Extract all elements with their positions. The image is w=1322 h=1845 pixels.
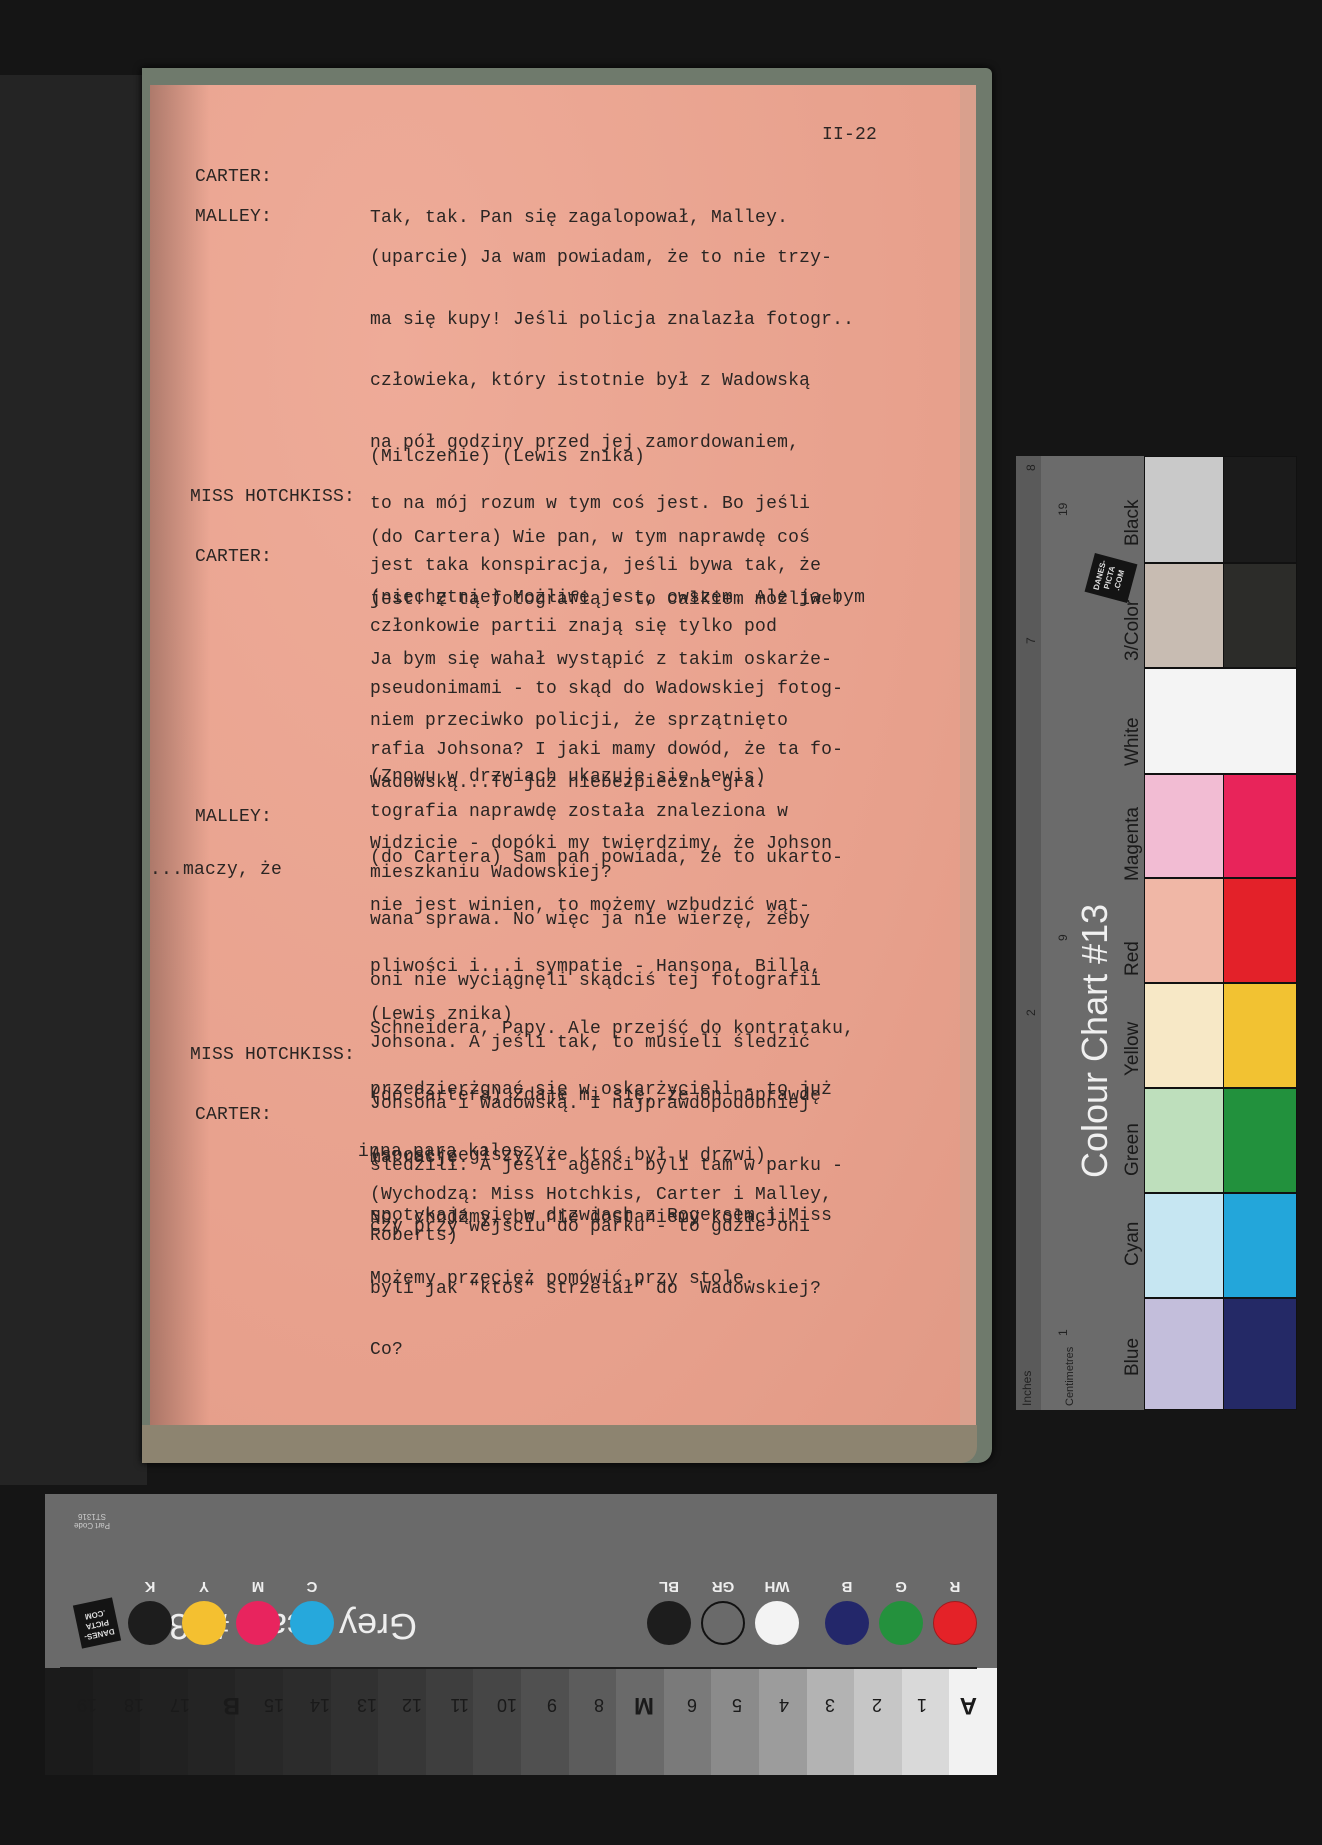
patch-magenta-light <box>1144 774 1224 878</box>
colour-chart-ruler: Inches Centimetres 2 7 8 1 9 19 DANES-PI… <box>1016 456 1144 1410</box>
part-code: Part Code ST1316 <box>67 1512 117 1530</box>
dot-b <box>825 1601 869 1645</box>
patch-label: 4 <box>779 1694 789 1715</box>
danes-picta-logo: DANES-PICTA .COM <box>73 1597 121 1648</box>
dialogue-line: wana sprawa. No więc ja nie wierzę, żeby <box>370 910 843 931</box>
patch-cyan-light <box>1144 1193 1224 1298</box>
dialogue-line: oni nie wyciągnęli skądciś tej fotografi… <box>370 971 843 992</box>
dialogue-line: Co? <box>370 1340 843 1361</box>
dot-label: Y <box>182 1578 226 1595</box>
row-label-cyan: Cyan <box>1122 1222 1144 1266</box>
patch-label: A <box>960 1691 977 1719</box>
inch-ruler-strip <box>1016 456 1041 1410</box>
dot-c <box>290 1601 334 1645</box>
patch-label: 8 <box>594 1694 604 1715</box>
row-label-blue: Blue <box>1122 1338 1144 1376</box>
patch-yellow-light <box>1144 983 1224 1088</box>
patch-cyan-dark <box>1223 1193 1297 1298</box>
patch-label: 15 <box>264 1694 284 1715</box>
patch-label: 5 <box>732 1694 742 1715</box>
row-label-white: White <box>1122 717 1144 766</box>
patch-label: 18 <box>124 1694 144 1715</box>
grey-scale-divider <box>60 1667 977 1669</box>
inch-tick: 2 <box>1024 1009 1038 1016</box>
patch-green-light <box>1144 1088 1224 1193</box>
stage-direction: (Lewis znika) <box>370 1005 513 1026</box>
row-label-green: Green <box>1122 1123 1144 1176</box>
dot-bl <box>647 1601 691 1645</box>
row-label-black: Black <box>1122 500 1144 546</box>
patch-green-dark <box>1223 1088 1297 1193</box>
dialogue-line: Ja bym się wahał wystąpić z takim oskarż… <box>370 650 865 671</box>
row-label-3color: 3/Color <box>1122 600 1144 661</box>
dialogue-line: ma się kupy! Jeśli policja znalazła foto… <box>370 310 854 331</box>
patch-label: 19 <box>77 1694 97 1715</box>
patch-blue-dark <box>1223 1298 1297 1410</box>
inch-tick: 8 <box>1024 464 1038 471</box>
inch-tick: 7 <box>1024 637 1038 644</box>
centimetres-label: Centimetres <box>1064 1347 1076 1406</box>
dot-k <box>128 1601 172 1645</box>
page-gutter-shadow <box>150 85 210 1425</box>
row-label-magenta: Magenta <box>1122 807 1144 881</box>
speaker-label: MALLEY: <box>195 807 272 828</box>
book-cover-left <box>0 75 147 1485</box>
patch-label: 10 <box>497 1694 517 1715</box>
dialogue-line: (spostrzegłszy, że ktoś był u drzwi) <box>370 1146 799 1167</box>
stage-direction: (Wychodzą: Miss Hotchkis, Carter i Malle… <box>370 1185 832 1247</box>
speaker-label: MALLEY: <box>195 207 272 228</box>
dot-m <box>236 1601 280 1645</box>
patch-red-dark <box>1223 878 1297 983</box>
cm-tick: 19 <box>1056 503 1070 516</box>
dialogue-line: (do Cartera) Zdaje mi się, że on naprawd… <box>370 1086 821 1107</box>
patch-blue-light <box>1144 1298 1224 1410</box>
patch-label: B <box>223 1691 240 1719</box>
dot-label: K <box>128 1578 172 1595</box>
speaker-label: MISS HOTCHKISS: <box>190 1045 355 1066</box>
speaker-label: CARTER: <box>195 547 272 568</box>
cm-tick: 9 <box>1056 934 1070 941</box>
speaker-label: CARTER: <box>195 1105 272 1126</box>
dot-label: G <box>879 1578 923 1595</box>
dot-g <box>879 1601 923 1645</box>
stage-direction: (Milczenie) (Lewis znika) <box>370 447 645 468</box>
dialogue-line: (niechętnie) Możliwe jest, owszem. Ale j… <box>370 588 865 609</box>
dot-label: R <box>933 1578 977 1595</box>
dialogue-line: (do Cartera) Sam pan powiada, że to ukar… <box>370 848 843 869</box>
dot-r <box>933 1601 977 1645</box>
dialogue-line: niem przeciwko policji, że sprzątnięto <box>370 711 865 732</box>
patch-label: 11 <box>450 1694 469 1715</box>
dot-label: B <box>825 1578 869 1595</box>
patch-label: 9 <box>547 1694 557 1715</box>
patch-label: 12 <box>402 1694 422 1715</box>
row-label-yellow: Yellow <box>1122 1022 1144 1076</box>
dot-label: BL <box>647 1578 691 1595</box>
patch-white <box>1144 668 1297 774</box>
grey-scale-numbers: A 1 2 3 4 5 6 M 8 9 10 11 12 13 14 15 B … <box>45 1675 997 1715</box>
patch-label: 6 <box>687 1694 697 1715</box>
dialogue-line: człowieka, który istotnie był z Wadowską <box>370 371 854 392</box>
patch-label: 3 <box>825 1694 835 1715</box>
patch-3color-dark <box>1223 563 1297 668</box>
dot-gr <box>701 1601 745 1645</box>
inches-label: Inches <box>1020 1371 1034 1406</box>
patch-label: 2 <box>872 1694 882 1715</box>
patch-magenta-dark <box>1223 774 1297 878</box>
dot-label: C <box>290 1578 334 1595</box>
stage-direction: (Znowu w drzwiach ukazuje się Lewis) <box>370 767 766 788</box>
dot-label: WH <box>755 1578 799 1595</box>
colour-chart-title: Colour Chart #13 <box>1074 904 1116 1178</box>
grey-scale-card: A 1 2 3 4 5 6 M 8 9 10 11 12 13 14 15 B … <box>45 1494 997 1775</box>
patch-label: M <box>634 1691 654 1719</box>
margin-note: ...maczy, że <box>150 860 282 881</box>
row-label-red: Red <box>1122 941 1144 976</box>
dot-label: GR <box>701 1578 745 1595</box>
page-number: II-22 <box>822 125 877 146</box>
patch-red-light <box>1144 878 1224 983</box>
cm-tick: 1 <box>1056 1329 1070 1336</box>
danes-picta-logo: DANES-PICTA .COM <box>1085 553 1138 603</box>
speaker-label: MISS HOTCHKISS: <box>190 487 355 508</box>
book-block-bottom-edge <box>142 1425 977 1463</box>
patch-label: 17 <box>170 1694 190 1715</box>
patch-3color-light <box>1144 563 1224 668</box>
patch-label: 1 <box>917 1694 927 1715</box>
page-fore-edge <box>960 85 976 1425</box>
patch-label: 13 <box>357 1694 377 1715</box>
patch-label: 14 <box>310 1694 330 1715</box>
patch-black-light <box>1144 456 1224 563</box>
colour-chart: Inches Centimetres 2 7 8 1 9 19 DANES-PI… <box>1016 456 1297 1410</box>
patch-black-dark <box>1223 456 1297 563</box>
dot-y <box>182 1601 226 1645</box>
dot-label: M <box>236 1578 280 1595</box>
dialogue-line: (do Cartera) Wie pan, w tym naprawdę coś <box>370 528 843 549</box>
speaker-label: CARTER: <box>195 167 272 188</box>
patch-yellow-dark <box>1223 983 1297 1088</box>
dot-wh <box>755 1601 799 1645</box>
dialogue-line: Możemy przecież pomówić przy stole. <box>370 1269 799 1290</box>
dialogue-line: (uparcie) Ja wam powiadam, że to nie trz… <box>370 248 854 269</box>
